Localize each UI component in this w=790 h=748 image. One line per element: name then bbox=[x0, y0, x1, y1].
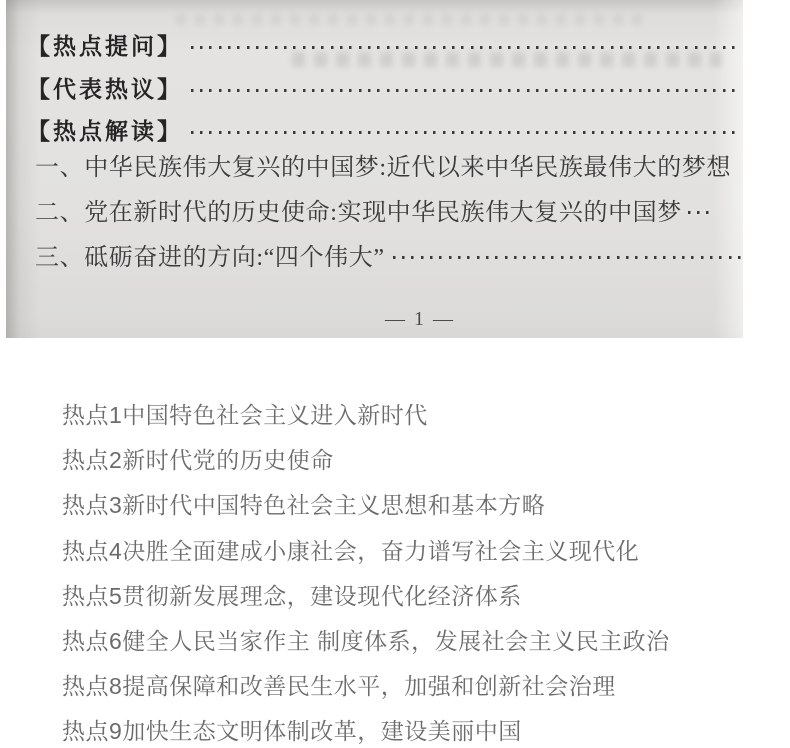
list-item: 热点5贯彻新发展理念，建设现代化经济体系 bbox=[62, 574, 780, 619]
toc-line-text: 一、中华民族伟大复兴的中国梦:近代以来中华民族最伟大的梦想 bbox=[35, 149, 731, 179]
toc-line-text: 三、砥砺奋进的方向:“四个伟大” bbox=[35, 239, 385, 269]
page: 【热点提问】 【代表热议】 【热点解读】 一、中华民族伟大复兴的中国梦:近代以来… bbox=[0, 0, 790, 748]
toc-header-row: 【热点解读】 bbox=[27, 115, 739, 143]
dotted-leader bbox=[191, 131, 739, 134]
list-item: 热点9加快生态文明体制改革，建设美丽中国 bbox=[62, 709, 780, 748]
list-item: 热点3新时代中国特色社会主义思想和基本方略 bbox=[62, 483, 780, 528]
page-number: — 1 — bbox=[360, 308, 480, 332]
dotted-leader bbox=[191, 46, 739, 49]
dotted-leader bbox=[393, 256, 743, 259]
book-photo: 【热点提问】 【代表热议】 【热点解读】 一、中华民族伟大复兴的中国梦:近代以来… bbox=[6, 0, 743, 338]
list-item: 热点2新时代党的历史使命 bbox=[62, 438, 780, 483]
toc-header-label: 【热点提问】 bbox=[27, 28, 183, 61]
toc-line-text: 二、党在新时代的历史使命:实现中华民族伟大复兴的中国梦 bbox=[35, 194, 682, 224]
toc-line: 三、砥砺奋进的方向:“四个伟大” bbox=[35, 239, 743, 269]
toc-line: 二、党在新时代的历史使命:实现中华民族伟大复兴的中国梦 bbox=[35, 194, 743, 224]
hotspot-list: 热点1中国特色社会主义进入新时代 热点2新时代党的历史使命 热点3新时代中国特色… bbox=[62, 393, 780, 748]
toc-line: 一、中华民族伟大复兴的中国梦:近代以来中华民族最伟大的梦想 bbox=[35, 149, 743, 179]
toc-header-label: 【代表热议】 bbox=[27, 71, 183, 104]
list-item: 热点8提高保障和改善民生水平，加强和创新社会治理 bbox=[62, 664, 780, 709]
page-showthrough bbox=[176, 14, 646, 25]
toc-header-row: 【热点提问】 bbox=[27, 30, 739, 58]
list-item: 热点4决胜全面建成小康社会，奋力谱写社会主义现代化 bbox=[62, 529, 780, 574]
toc-header-label: 【热点解读】 bbox=[27, 113, 183, 146]
list-item: 热点1中国特色社会主义进入新时代 bbox=[62, 393, 780, 438]
toc-header-row: 【代表热议】 bbox=[27, 73, 739, 101]
dotted-leader bbox=[191, 89, 739, 92]
list-item: 热点6健全人民当家作主 制度体系，发展社会主义民主政治 bbox=[62, 619, 780, 664]
dotted-leader bbox=[688, 211, 712, 214]
